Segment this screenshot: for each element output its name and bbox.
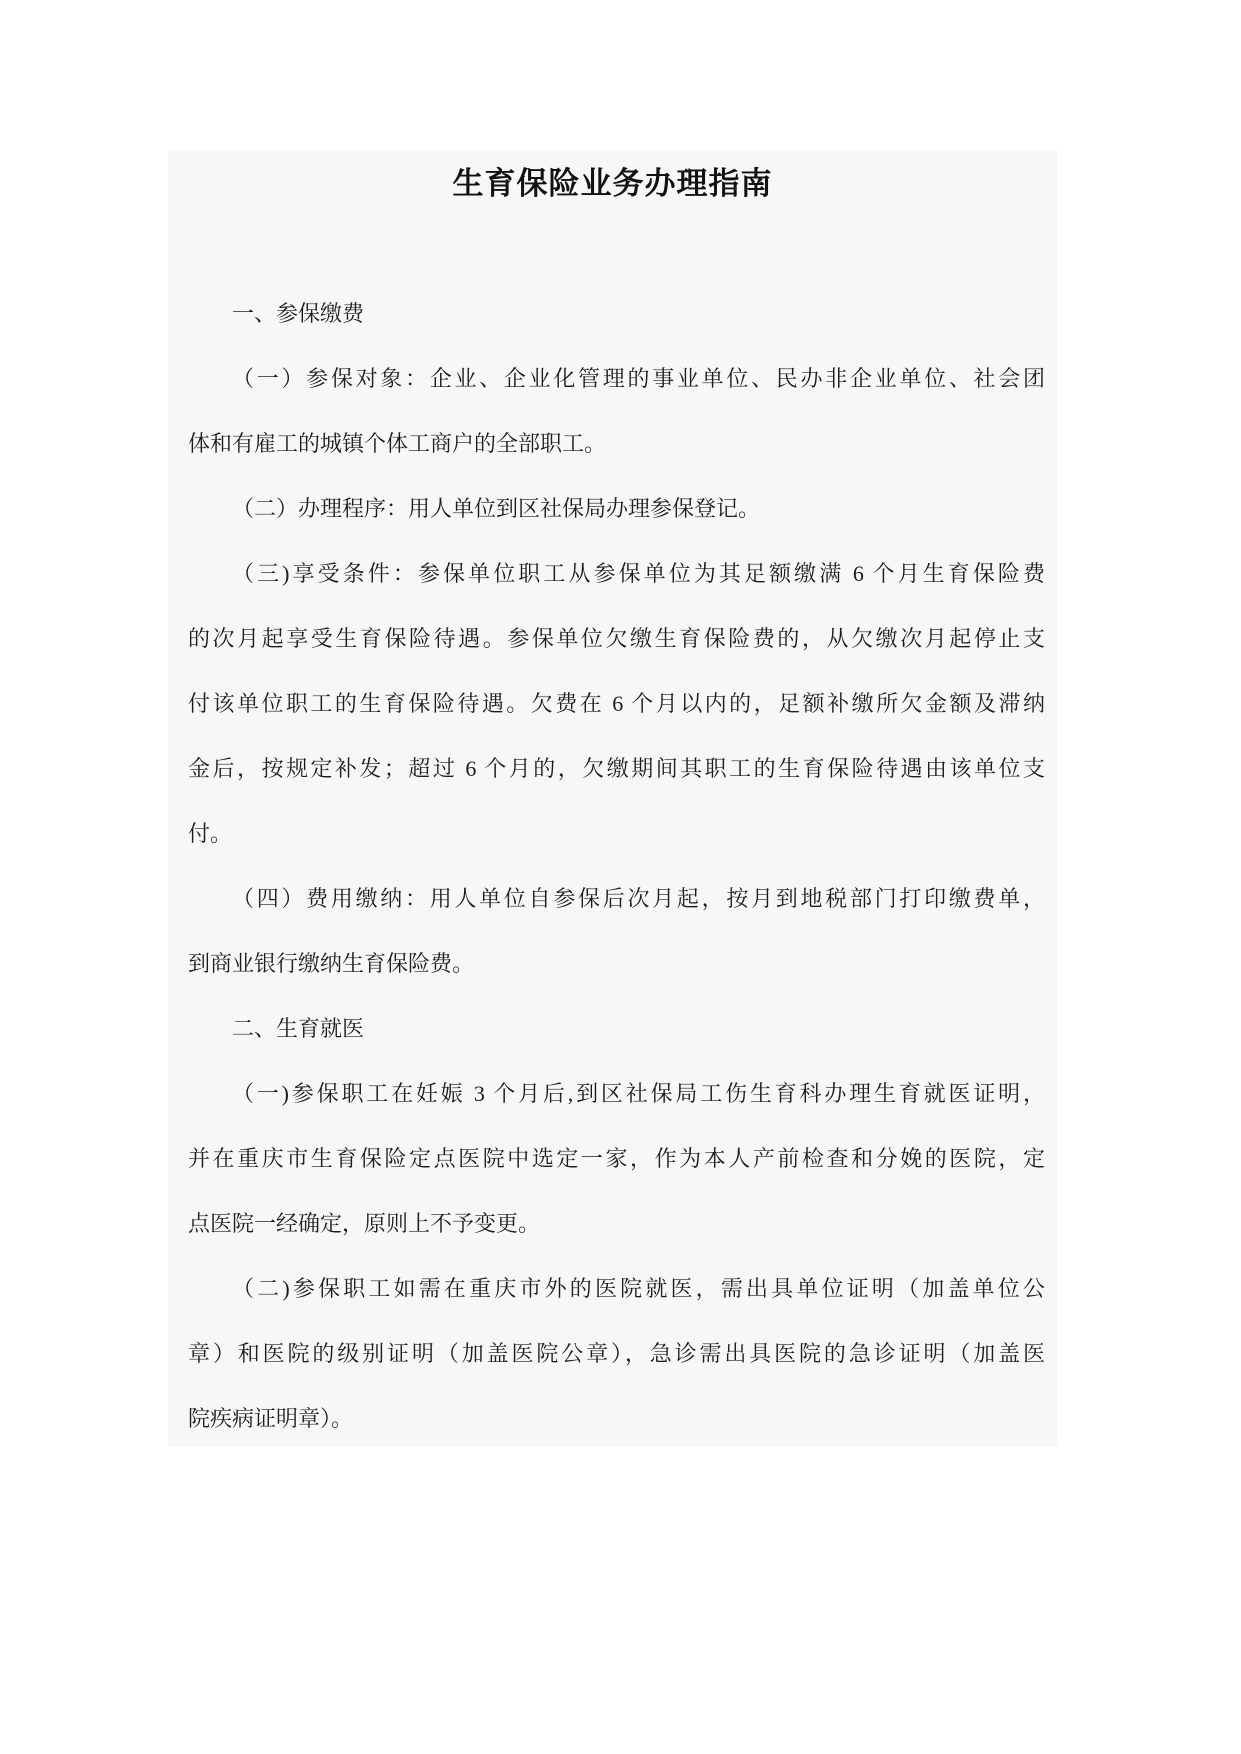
doc-line: （三)享受条件：参保单位职工从参保单位为其足额缴满 6 个月生育保险费 [188, 541, 1045, 606]
document-sheet: 生育保险业务办理指南 一、参保缴费 （一）参保对象：企业、企业化管理的事业单位、… [168, 150, 1057, 1447]
doc-line: 付。 [188, 801, 1045, 866]
doc-line: （四）费用缴纳：用人单位自参保后次月起，按月到地税部门打印缴费单， [188, 866, 1045, 931]
doc-line: （二）办理程序：用人单位到区社保局办理参保登记。 [188, 476, 1045, 541]
doc-line: 院疾病证明章）。 [188, 1386, 1045, 1451]
document-body: 一、参保缴费 （一）参保对象：企业、企业化管理的事业单位、民办非企业单位、社会团… [188, 281, 1045, 1451]
doc-line: 章）和医院的级别证明（加盖医院公章），急诊需出具医院的急诊证明（加盖医 [188, 1321, 1045, 1386]
doc-line: 体和有雇工的城镇个体工商户的全部职工。 [188, 411, 1045, 476]
doc-line: 并在重庆市生育保险定点医院中选定一家，作为本人产前检查和分娩的医院，定 [188, 1126, 1045, 1191]
page-canvas: 生育保险业务办理指南 一、参保缴费 （一）参保对象：企业、企业化管理的事业单位、… [0, 0, 1241, 1754]
doc-line: （二)参保职工如需在重庆市外的医院就医，需出具单位证明（加盖单位公 [188, 1256, 1045, 1321]
doc-line-section-2: 二、生育就医 [188, 996, 1045, 1061]
doc-line: （一)参保职工在妊娠 3 个月后,到区社保局工伤生育科办理生育就医证明， [188, 1061, 1045, 1126]
doc-line: 的次月起享受生育保险待遇。参保单位欠缴生育保险费的，从欠缴次月起停止支 [188, 606, 1045, 671]
doc-line: 到商业银行缴纳生育保险费。 [188, 931, 1045, 996]
doc-line: （一）参保对象：企业、企业化管理的事业单位、民办非企业单位、社会团 [188, 346, 1045, 411]
doc-line: 付该单位职工的生育保险待遇。欠费在 6 个月以内的，足额补缴所欠金额及滞纳 [188, 671, 1045, 736]
doc-line-section-1: 一、参保缴费 [188, 281, 1045, 346]
doc-line: 点医院一经确定，原则上不予变更。 [188, 1191, 1045, 1256]
document-title: 生育保险业务办理指南 [168, 150, 1057, 204]
doc-line: 金后，按规定补发；超过 6 个月的，欠缴期间其职工的生育保险待遇由该单位支 [188, 736, 1045, 801]
